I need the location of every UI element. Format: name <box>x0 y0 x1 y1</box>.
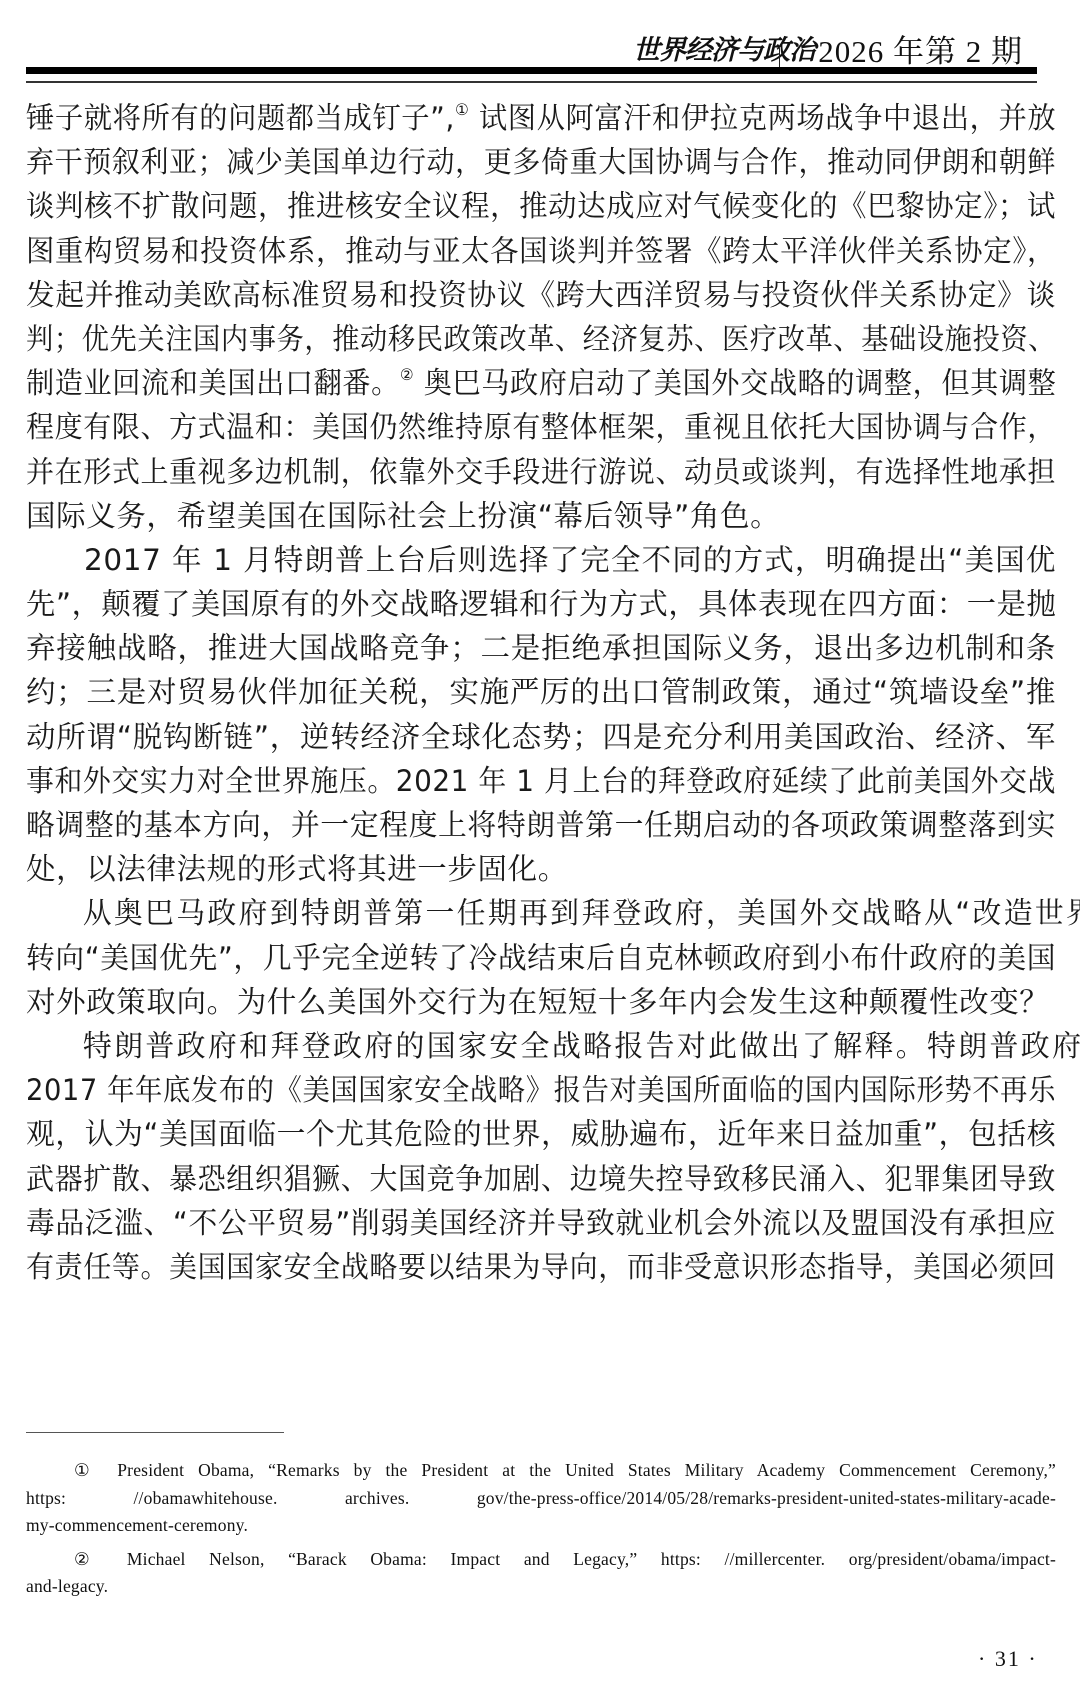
text-segment: 并在形式上重视多边机制，依靠外交手段进行游说、动员或谈判，有选择性地承担 <box>26 455 1056 489</box>
footnote-text: my-commencement-ceremony. <box>26 1515 248 1535</box>
text-line: 从奥巴马政府到特朗普第一任期再到拜登政府，美国外交战略从“改造世界” <box>26 891 1080 935</box>
text-line: 谈判核不扩散问题，推进核安全议程，推动达成应对气候变化的《巴黎协定》；试 <box>26 184 1056 228</box>
text-segment: 处，以法律法规的形式将其进一步固化。 <box>26 852 568 886</box>
text-segment: 发起并推动美欧高标准贸易和投资协议《跨大西洋贸易与投资伙伴关系协定》谈 <box>26 278 1056 312</box>
text-line: 国际义务，希望美国在国际社会上扮演“幕后领导”角色。 <box>26 494 1056 538</box>
text-segment: 弃干预叙利亚；减少美国单边行动，更多倚重大国协调与合作，推动同伊朗和朝鲜 <box>26 145 1056 179</box>
text-line: 发起并推动美欧高标准贸易和投资协议《跨大西洋贸易与投资伙伴关系协定》谈 <box>26 273 1056 317</box>
text-segment: 制造业回流和美国出口翻番。 <box>26 366 400 400</box>
text-segment: 武器扩散、暴恐组织猖獗、大国竞争加剧、边境失控导致移民涌入、犯罪集团导致 <box>26 1162 1056 1196</box>
text-line: 事和外交实力对全世界施压。2021 年 1 月上台的拜登政府延续了此前美国外交战 <box>26 759 1056 803</box>
text-segment: 国际义务，希望美国在国际社会上扮演“幕后领导”角色。 <box>26 499 780 533</box>
text-segment: 对外政策取向。为什么美国外交行为在短短十多年内会发生这种颠覆性改变？ <box>26 985 1049 1019</box>
text-line: 2017 年 1 月特朗普上台后则选择了完全不同的方式，明确提出“美国优 <box>26 538 1056 582</box>
journal-name: 世界经济与政治 <box>633 28 815 67</box>
footnote-divider <box>26 1432 284 1433</box>
text-line: 对外政策取向。为什么美国外交行为在短短十多年内会发生这种颠覆性改变？ <box>26 980 1056 1024</box>
text-line: 程度有限、方式温和：美国仍然维持原有整体框架，重视且依托大国协调与合作， <box>26 405 1056 449</box>
text-segment: 事和外交实力对全世界施压。2021 年 1 月上台的拜登政府延续了此前美国外交战 <box>26 764 1056 798</box>
text-segment: 弃接触战略，推进大国战略竞争；二是拒绝承担国际义务，退出多边机制和条 <box>26 631 1056 665</box>
text-line: 制造业回流和美国出口翻番。② 奥巴马政府启动了美国外交战略的调整，但其调整 <box>26 361 1056 405</box>
body-text: 锤子就将所有的问题都当成钉子”,① 试图从阿富汗和伊拉克两场战争中退出，并放弃干… <box>26 96 1056 1289</box>
footnote-text: Michael Nelson, “Barack Obama: Impact an… <box>127 1549 1056 1569</box>
footnote-marker: ② <box>74 1549 109 1569</box>
text-line: 2017 年年底发布的《美国国家安全战略》报告对美国所面临的国内国际形势不再乐 <box>26 1068 1056 1112</box>
footnote-line: https: //obamawhitehouse. archives. gov/… <box>26 1485 1056 1513</box>
footnote-line: ②Michael Nelson, “Barack Obama: Impact a… <box>26 1546 1056 1574</box>
text-segment: 特朗普政府和拜登政府的国家安全战略报告对此做出了解释。特朗普政府在 <box>83 1029 1080 1063</box>
footnote-marker: ① <box>74 1460 99 1480</box>
text-line: 有责任等。美国国家安全战略要以结果为导向，而非受意识形态指导，美国必须回 <box>26 1245 1056 1289</box>
text-line: 图重构贸易和投资体系，推动与亚太各国谈判并签署《跨太平洋伙伴关系协定》， <box>26 229 1056 273</box>
text-line: 处，以法律法规的形式将其进一步固化。 <box>26 847 1056 891</box>
text-line: 弃干预叙利亚；减少美国单边行动，更多倚重大国协调与合作，推动同伊朗和朝鲜 <box>26 140 1056 184</box>
text-segment: 奥巴马政府启动了美国外交战略的调整，但其调整 <box>414 366 1056 400</box>
footnote-line: ①President Obama, “Remarks by the Presid… <box>26 1457 1056 1485</box>
text-segment: 判；优先关注国内事务，推动移民政策改革、经济复苏、医疗改革、基础设施投资、 <box>26 322 1056 356</box>
text-line: 判；优先关注国内事务，推动移民政策改革、经济复苏、医疗改革、基础设施投资、 <box>26 317 1056 361</box>
text-segment: 有责任等。美国国家安全战略要以结果为导向，而非受意识形态指导，美国必须回 <box>26 1250 1056 1284</box>
text-line: 锤子就将所有的问题都当成钉子”,① 试图从阿富汗和伊拉克两场战争中退出，并放 <box>26 96 1056 140</box>
text-segment: 试图从阿富汗和伊拉克两场战争中退出，并放 <box>469 101 1056 135</box>
running-header: 世界经济与政治 2026 年第 2 期 <box>26 22 1037 62</box>
footnote-reference[interactable]: ② <box>400 365 414 384</box>
text-segment: 谈判核不扩散问题，推进核安全议程，推动达成应对气候变化的《巴黎协定》；试 <box>26 189 1056 223</box>
text-segment: 约；三是对贸易伙伴加征关税，实施严厉的出口管制政策，通过“筑墙设垒”推 <box>26 675 1056 709</box>
footnote-reference[interactable]: ① <box>455 100 469 119</box>
footnote-text: https: //obamawhitehouse. archives. gov/… <box>26 1488 1056 1508</box>
text-line: 动所谓“脱钩断链”，逆转经济全球化态势；四是充分利用美国政治、经济、军 <box>26 715 1056 759</box>
text-line: 特朗普政府和拜登政府的国家安全战略报告对此做出了解释。特朗普政府在 <box>26 1024 1080 1068</box>
text-line: 先”，颠覆了美国原有的外交战略逻辑和行为方式，具体表现在四方面：一是抛 <box>26 582 1056 626</box>
text-segment: 转向“美国优先”，几乎完全逆转了冷战结束后自克林顿政府到小布什政府的美国 <box>26 941 1056 975</box>
text-line: 略调整的基本方向，并一定程度上将特朗普第一任期启动的各项政策调整落到实 <box>26 803 1056 847</box>
footnotes: ①President Obama, “Remarks by the Presid… <box>26 1457 1056 1601</box>
header-rule-thick <box>26 67 1037 74</box>
issue-label: 2026 年第 2 期 <box>818 26 1023 71</box>
text-segment: 略调整的基本方向，并一定程度上将特朗普第一任期启动的各项政策调整落到实 <box>26 808 1056 842</box>
footnote-line: my-commencement-ceremony. <box>26 1512 1056 1540</box>
text-segment: 观，认为“美国面临一个尤其危险的世界，威胁遍布，近年来日益加重”，包括核 <box>26 1117 1056 1151</box>
text-line: 观，认为“美国面临一个尤其危险的世界，威胁遍布，近年来日益加重”，包括核 <box>26 1112 1056 1156</box>
text-segment: 动所谓“脱钩断链”，逆转经济全球化态势；四是充分利用美国政治、经济、军 <box>26 720 1056 754</box>
text-segment: 图重构贸易和投资体系，推动与亚太各国谈判并签署《跨太平洋伙伴关系协定》， <box>26 234 1056 268</box>
text-segment: 从奥巴马政府到特朗普第一任期再到拜登政府，美国外交战略从“改造世界” <box>83 896 1080 930</box>
text-segment: 程度有限、方式温和：美国仍然维持原有整体框架，重视且依托大国协调与合作， <box>26 410 1056 444</box>
text-line: 约；三是对贸易伙伴加征关税，实施严厉的出口管制政策，通过“筑墙设垒”推 <box>26 670 1056 714</box>
text-line: 武器扩散、暴恐组织猖獗、大国竞争加剧、边境失控导致移民涌入、犯罪集团导致 <box>26 1157 1056 1201</box>
text-segment: 2017 年 1 月特朗普上台后则选择了完全不同的方式，明确提出“美国优 <box>84 543 1056 577</box>
header-rule-thin <box>26 81 1037 83</box>
text-line: 弃接触战略，推进大国战略竞争；二是拒绝承担国际义务，退出多边机制和条 <box>26 626 1056 670</box>
text-segment: 毒品泛滥、“不公平贸易”削弱美国经济并导致就业机会外流以及盟国没有承担应 <box>26 1206 1056 1240</box>
footnote-text: and-legacy. <box>26 1576 108 1596</box>
text-segment: 2017 年年底发布的《美国国家安全战略》报告对美国所面临的国内国际形势不再乐 <box>26 1073 1056 1107</box>
page-number: · 31 · <box>978 1646 1038 1672</box>
text-line: 转向“美国优先”，几乎完全逆转了冷战结束后自克林顿政府到小布什政府的美国 <box>26 936 1056 980</box>
footnote-text: President Obama, “Remarks by the Preside… <box>117 1460 1056 1480</box>
text-segment: 先”，颠覆了美国原有的外交战略逻辑和行为方式，具体表现在四方面：一是抛 <box>26 587 1056 621</box>
text-line: 毒品泛滥、“不公平贸易”削弱美国经济并导致就业机会外流以及盟国没有承担应 <box>26 1201 1056 1245</box>
text-line: 并在形式上重视多边机制，依靠外交手段进行游说、动员或谈判，有选择性地承担 <box>26 450 1056 494</box>
footnote-line: and-legacy. <box>26 1573 1056 1601</box>
text-segment: 锤子就将所有的问题都当成钉子”, <box>26 101 455 135</box>
